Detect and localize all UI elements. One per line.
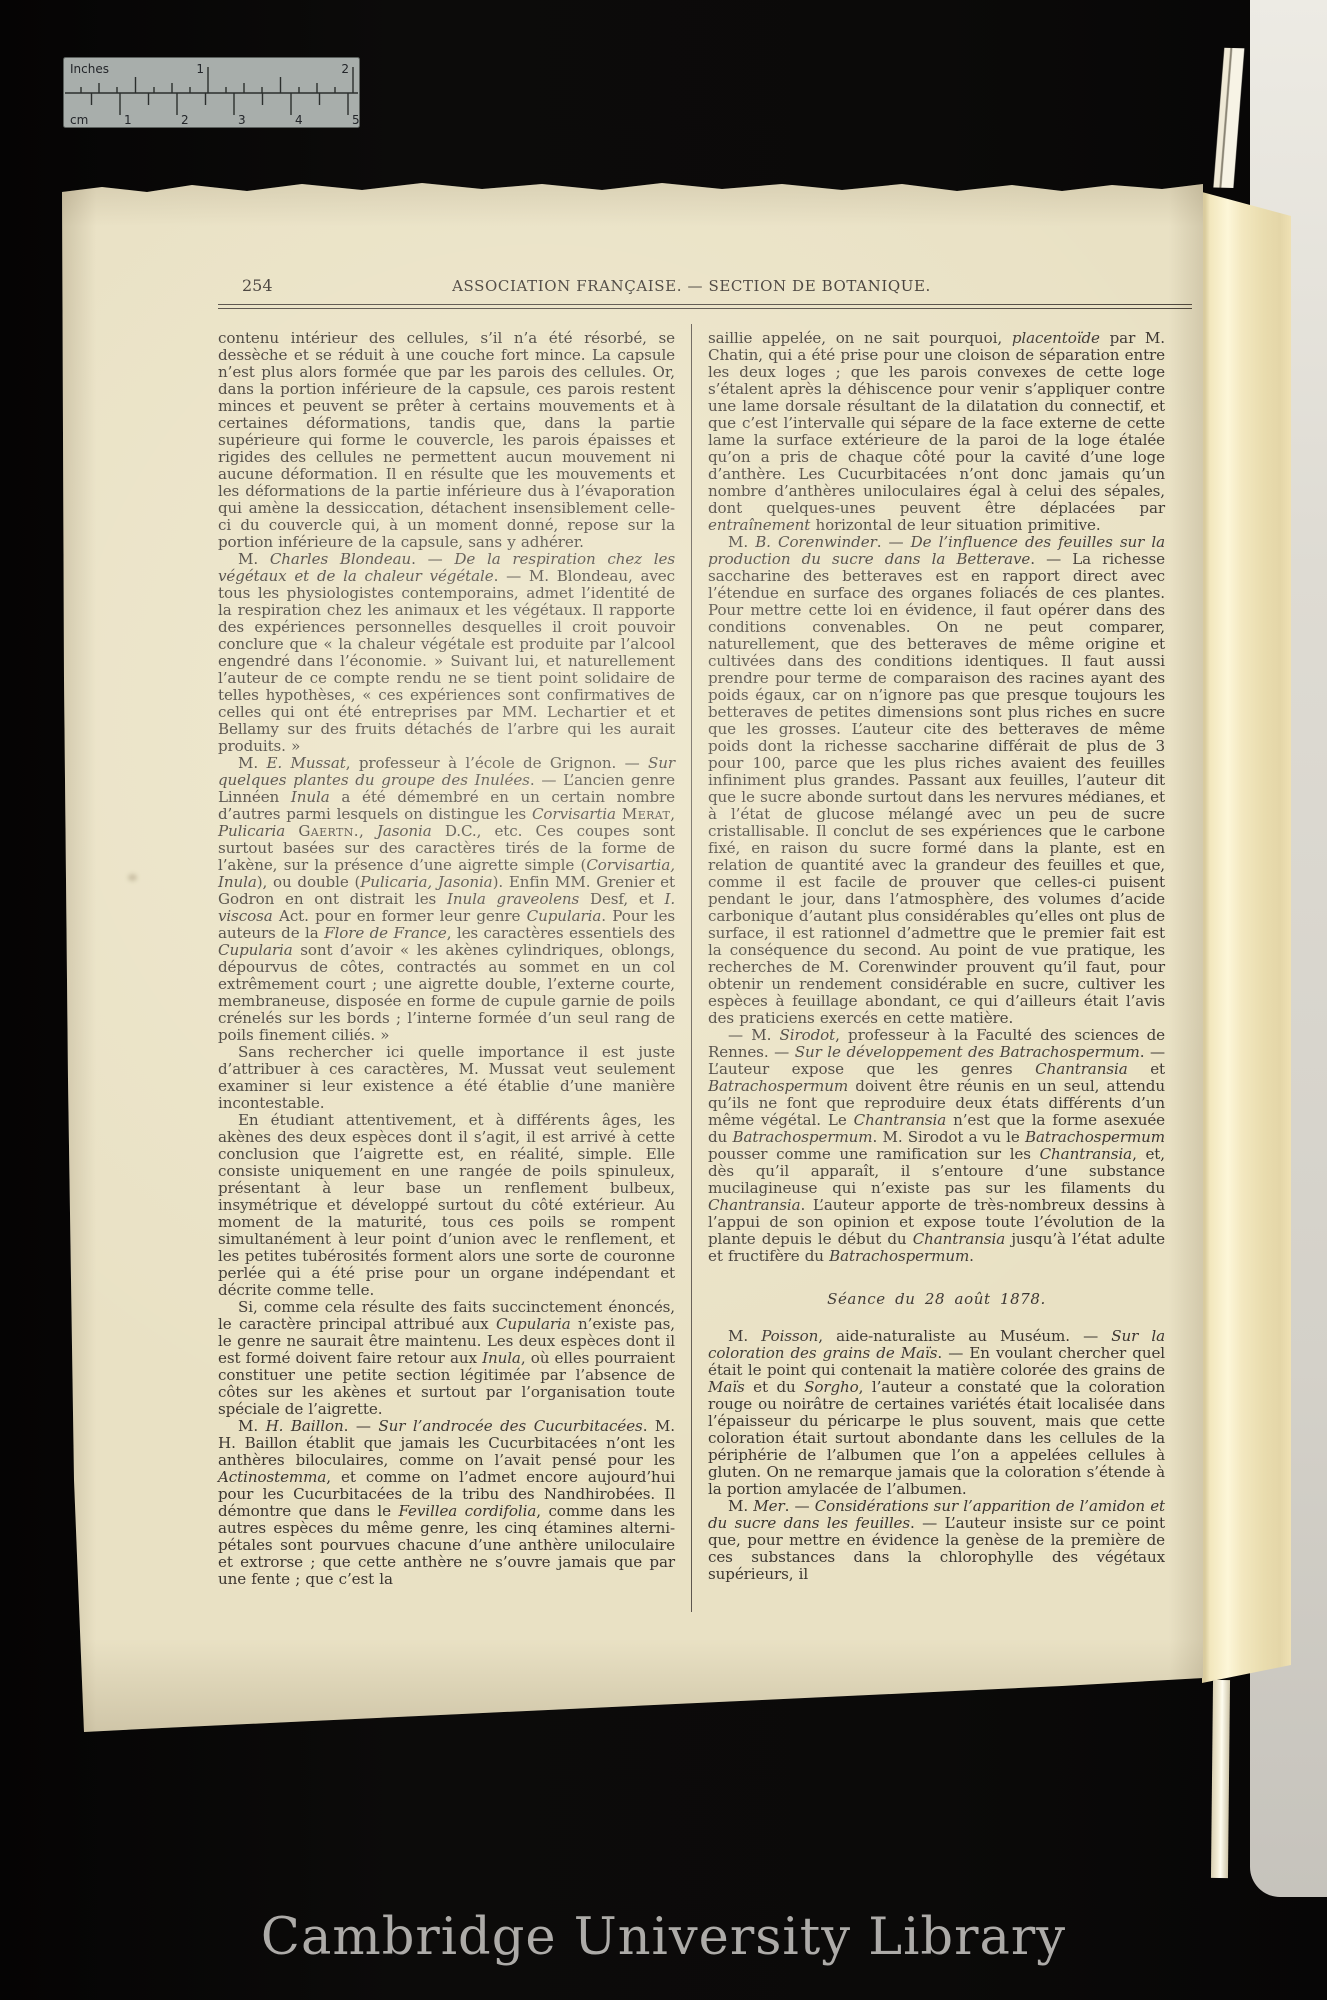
paragraph: M. E. Mussat, professeur à l’école de Gr…	[218, 755, 675, 1044]
ruler-cm-number-4: 4	[295, 113, 303, 127]
paragraph: saillie appelée, on ne sait pourquoi, pl…	[708, 330, 1165, 534]
library-watermark: Cambridge University Library	[0, 1908, 1327, 1967]
paragraph: Sans rechercher ici quelle importance il…	[218, 1044, 675, 1112]
double-rule	[218, 304, 1192, 309]
ruler-cm-number-5: 5	[352, 113, 360, 127]
paragraph: contenu intérieur des cellules, s’il n’a…	[218, 330, 675, 551]
column-divider-rule	[691, 324, 692, 1612]
ruler-cm-number-3: 3	[238, 113, 246, 127]
left-column: contenu intérieur des cellules, s’il n’a…	[218, 330, 675, 1588]
paragraph: — M. Sirodot, professeur à la Faculté de…	[708, 1027, 1165, 1265]
ruler-cm-label: cm	[70, 113, 88, 127]
ruler-inch-number-1: 1	[196, 62, 204, 76]
ruler-inch-number-2: 2	[341, 62, 349, 76]
paragraph: En étudiant attentivement, et à différen…	[218, 1112, 675, 1299]
ruler-cm-number-2: 2	[181, 113, 189, 127]
running-title: ASSOCIATION FRANÇAISE. — SECTION DE BOTA…	[218, 277, 1165, 295]
scanned-page: 254 ASSOCIATION FRANÇAISE. — SECTION DE …	[62, 180, 1203, 1732]
paragraph: M. Mer. — Considérations sur l’apparitio…	[708, 1498, 1165, 1583]
leaf-edge-bottom	[1211, 1680, 1230, 1878]
paragraph: M. H. Baillon. — Sur l’androcée des Cucu…	[218, 1418, 675, 1588]
text-columns: contenu intérieur des cellules, s’il n’a…	[218, 330, 1165, 1588]
ruler-inches-label: Inches	[70, 62, 109, 76]
measuring-ruler: Inches 1 2 cm 1 2 3 4 5	[63, 57, 360, 128]
paragraph: Si, comme cela résulte des faits succinc…	[218, 1299, 675, 1418]
ruler-cm-number-1: 1	[124, 113, 132, 127]
leaf-edges-top	[1204, 47, 1262, 188]
right-column: saillie appelée, on ne sait pourquoi, pl…	[708, 330, 1165, 1588]
paragraph: M. Poisson, aide-naturaliste au Muséum. …	[708, 1328, 1165, 1498]
paragraph: M. Charles Blondeau. — De la respiration…	[218, 551, 675, 755]
paragraph: M. B. Corenwinder. — De l’influence des …	[708, 534, 1165, 1027]
page-fore-edge-curl	[1202, 166, 1291, 1684]
session-heading: Séance du 28 août 1878.	[708, 1291, 1165, 1308]
paper-stain	[128, 874, 137, 881]
